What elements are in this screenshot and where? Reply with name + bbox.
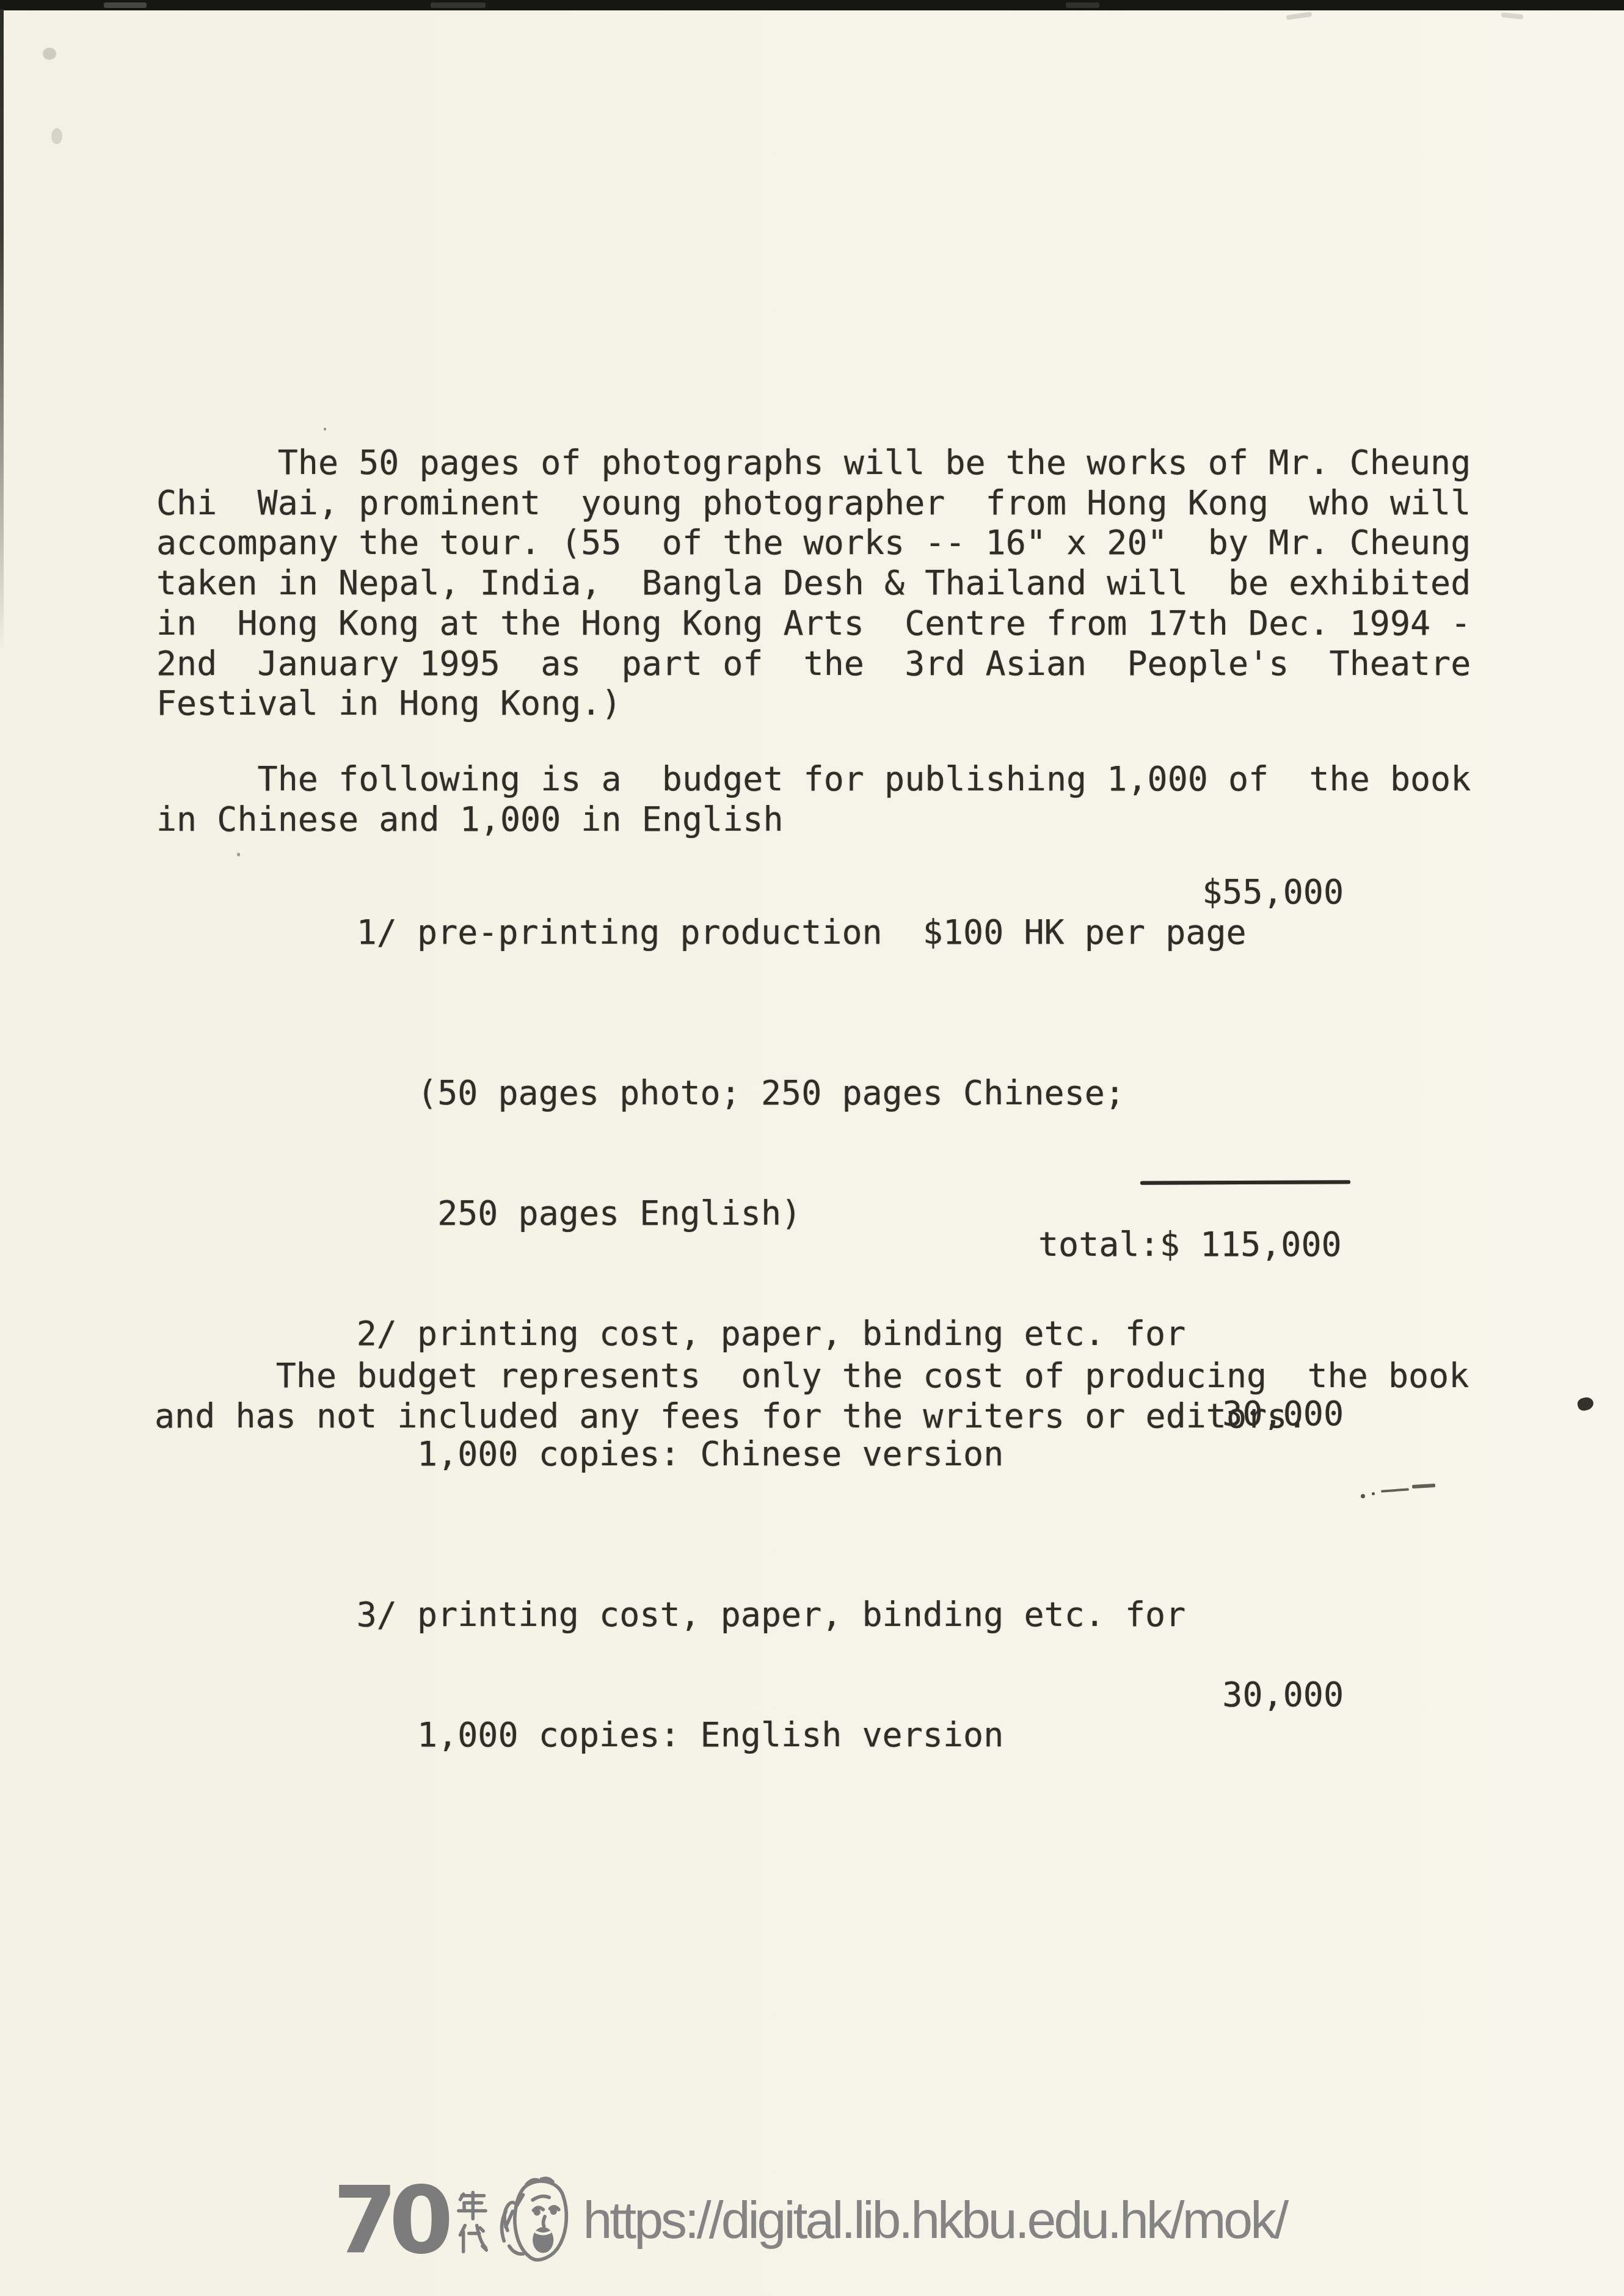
typewriter-line: The budget represents only the cost of p…	[155, 1356, 1469, 1396]
cjk-dai-glyph-icon	[456, 2221, 488, 2253]
seventies-logo-number: 70	[333, 2181, 455, 2261]
budget-item-text: 1,000 copies: Chinese version	[357, 1434, 1004, 1473]
scan-bar-notch	[104, 2, 147, 8]
ink-fleck	[237, 853, 240, 856]
ink-fleck	[324, 428, 326, 431]
typewriter-line: The following is a budget for publishing…	[156, 759, 1471, 800]
budget-item-text: 250 pages English)	[357, 1194, 801, 1233]
total-line: total:$ 115,000	[1038, 1225, 1342, 1265]
scratch-mark	[1412, 1484, 1435, 1489]
cjk-nian-glyph-icon	[456, 2188, 488, 2220]
budget-row: 1,000 copies: English version 30,000	[235, 1675, 1344, 1835]
typewriter-line: The 50 pages of photographs will be the …	[156, 443, 1471, 483]
screaming-face-mask-icon	[495, 2173, 573, 2269]
budget-list: 1/ pre-printing production $100 HK per p…	[235, 872, 1344, 1835]
paragraph-photographs: The 50 pages of photographs will be the …	[156, 443, 1471, 724]
paper-smudge	[43, 48, 56, 60]
paragraph-budget-note: The budget represents only the cost of p…	[155, 1356, 1469, 1436]
archive-url-text: https://digital.lib.hkbu.edu.hk/mok/	[583, 2190, 1287, 2251]
budget-row: 3/ printing cost, paper, binding etc. fo…	[235, 1554, 1344, 1675]
budget-amount: $55,000	[1202, 872, 1344, 913]
paper-smudge	[51, 128, 62, 144]
scan-left-edge-shadow	[0, 9, 4, 651]
budget-item-text: (50 pages photo; 250 pages Chinese;	[357, 1073, 1125, 1112]
ink-spot	[1576, 1396, 1595, 1412]
typewriter-line: accompany the tour. (55 of the works -- …	[156, 523, 1471, 563]
budget-total: total:$ 115,000	[1038, 1225, 1342, 1265]
ink-fleck	[1361, 1494, 1365, 1498]
budget-amount: 30,000	[1222, 1675, 1344, 1715]
budget-item-text: 1/ pre-printing production $100 HK per p…	[357, 913, 1247, 952]
typewriter-line: Chi Wai, prominent young photographer fr…	[156, 483, 1471, 523]
typewriter-line: and has not included any fees for the wr…	[155, 1396, 1469, 1437]
budget-item-text: 2/ printing cost, paper, binding etc. fo…	[357, 1314, 1186, 1353]
typewriter-line: 2nd January 1995 as part of the 3rd Asia…	[156, 644, 1471, 684]
budget-row: (50 pages photo; 250 pages Chinese;	[235, 1033, 1344, 1153]
scan-bar-notch	[1066, 2, 1099, 8]
budget-row: 1/ pre-printing production $100 HK per p…	[235, 872, 1344, 1033]
scan-top-mark	[1501, 12, 1524, 20]
scan-bar-notch	[431, 2, 486, 8]
scratch-mark	[1381, 1488, 1409, 1492]
budget-item-text: 1,000 copies: English version	[357, 1715, 1004, 1754]
paragraph-budget-intro: The following is a budget for publishing…	[156, 759, 1471, 839]
scanned-document-page: The 50 pages of photographs will be the …	[0, 0, 1624, 2296]
typewriter-line: Festival in Hong Kong.)	[156, 683, 1471, 724]
ink-fleck	[1372, 1492, 1375, 1495]
archive-watermark: 70	[333, 2173, 1286, 2268]
seventies-logo-cjk	[455, 2188, 492, 2253]
budget-item-text: 3/ printing cost, paper, binding etc. fo…	[357, 1595, 1186, 1634]
scan-top-edge-bar	[0, 0, 1624, 10]
typewriter-line: in Chinese and 1,000 in English	[156, 800, 1471, 840]
typewriter-line: in Hong Kong at the Hong Kong Arts Centr…	[156, 603, 1471, 644]
scan-top-mark	[1286, 12, 1313, 20]
typewriter-line: taken in Nepal, India, Bangla Desh & Tha…	[156, 563, 1471, 603]
